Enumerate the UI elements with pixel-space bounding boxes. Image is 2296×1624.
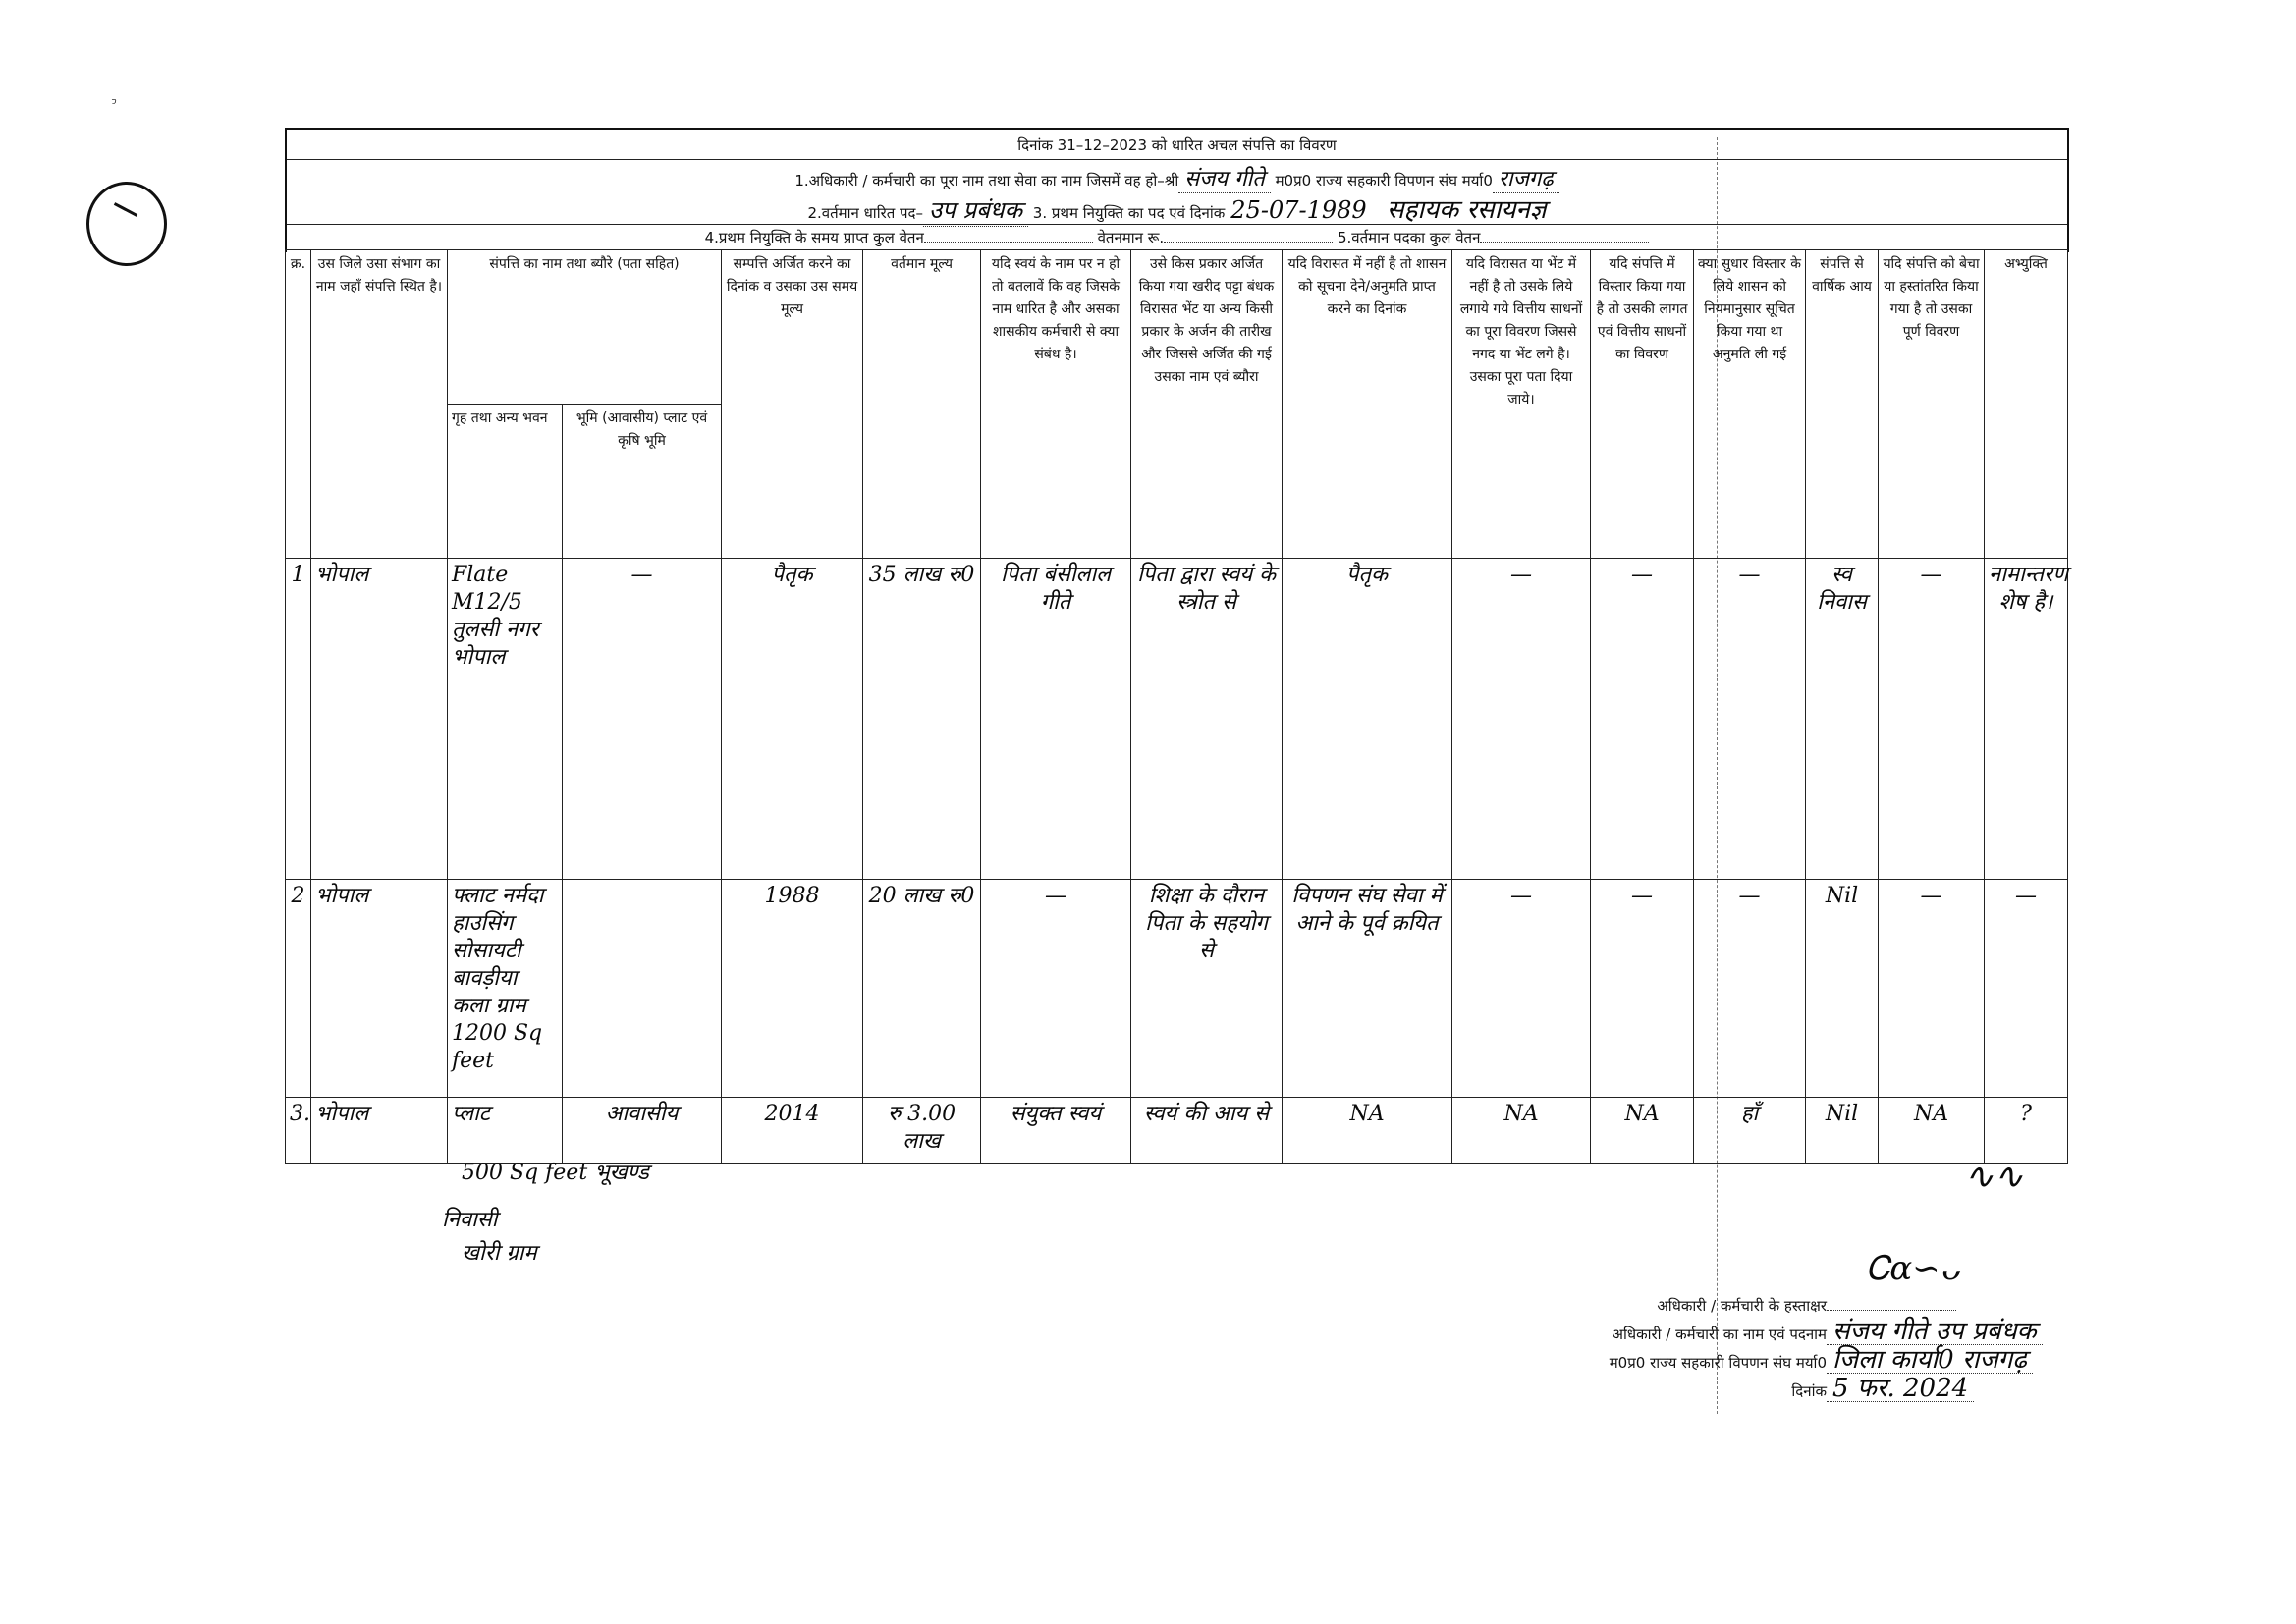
pay-scale-label: वेतनमान रू. (1098, 229, 1165, 246)
cell-holder-relation: — (981, 880, 1131, 1098)
cell-how-acquired: पिता द्वारा स्वयं के स्त्रोत से (1131, 559, 1283, 880)
cell-current-value: 35 लाख रु0 (863, 559, 981, 880)
col-annual-income: संपत्ति से वार्षिक आय (1806, 250, 1879, 559)
col-land: भूमि (आवासीय) प्लाट एवं कृषि भूमि (563, 405, 722, 559)
cell-district: भोपाल (311, 880, 448, 1098)
cell-district: भोपाल (311, 1098, 448, 1164)
current-post-value: उप प्रबंधक (923, 193, 1028, 227)
current-salary-label: 5.वर्तमान पदका कुल वेतन (1338, 229, 1480, 246)
date-row: दिनांक5 फर. 2024 (1561, 1376, 2043, 1404)
cell-intimation-date: विपणन संघ सेवा में आने के पूर्व क्रयित (1283, 880, 1452, 1098)
first-appointment-label: 3. प्रथम नियुक्ति का पद एवं दिनांक (1033, 204, 1226, 222)
cell-serial: 3. (286, 1098, 311, 1164)
cell-expansion-cost: — (1591, 559, 1694, 880)
org-sign-label: म0प्र0 राज्य सहकारी विपणन संघ मर्या0 (1561, 1350, 1827, 1376)
cell-permission: — (1694, 880, 1806, 1098)
cell-house: Flate M12/5 तुलसी नगर भोपाल (448, 559, 563, 880)
cell-house: फ्लाट नर्मदा हाउसिंग सोसायटी बावड़ीया कल… (448, 880, 563, 1098)
post-line: 2.वर्तमान धारित पद–उप प्रबंधक 3. प्रथम न… (287, 190, 2067, 227)
cell-annual-income: स्व निवास (1806, 559, 1879, 880)
col-house: गृह तथा अन्य भवन (448, 405, 563, 559)
cell-house: प्लाट (448, 1098, 563, 1164)
col-remarks: अभ्युक्ति (1985, 250, 2068, 559)
table-row: 2भोपालफ्लाट नर्मदा हाउसिंग सोसायटी बावड़… (286, 880, 2068, 1098)
cell-land (563, 880, 722, 1098)
circled-page-number (86, 182, 167, 266)
salary-line: 4.प्रथम नियुक्ति के समय प्राप्त कुल वेतन… (287, 228, 2067, 247)
cell-financial-sources: — (1452, 559, 1591, 880)
org-sign-value: जिला कार्या0 राजगढ़ (1827, 1347, 2033, 1374)
cell-current-value: 20 लाख रु0 (863, 880, 981, 1098)
cell-permission: हाँ (1694, 1098, 1806, 1164)
cell-district: भोपाल (311, 559, 448, 880)
col-how-acquired: उसे किस प्रकार अर्जित किया गया खरीद पट्ट… (1131, 250, 1283, 559)
cell-sold-details: — (1879, 880, 1985, 1098)
first-salary-label: 4.प्रथम नियुक्ति के समय प्राप्त कुल वेतन (705, 229, 924, 246)
cell-serial: 1 (286, 559, 311, 880)
row3-continuation-1: 500 Sq feet भूखण्ड (462, 1159, 649, 1188)
col-property-details: संपत्ति का नाम तथा ब्यौरे (पता सहित) (448, 250, 722, 405)
cell-land: — (563, 559, 722, 880)
cell-annual-income: Nil (1806, 1098, 1879, 1164)
name-value: संजय गीते उप प्रबंधक (1827, 1319, 2043, 1345)
col-expansion-cost: यदि संपत्ति में विस्तार किया गया है तो उ… (1591, 250, 1694, 559)
date-label: दिनांक (1561, 1379, 1827, 1404)
cell-acquired: 1988 (722, 880, 863, 1098)
sign-row: अधिकारी / कर्मचारी के हस्ताक्षर (1561, 1293, 2043, 1319)
initials-scribble: ∿∿ (1964, 1157, 2023, 1197)
cell-annual-income: Nil (1806, 880, 1879, 1098)
signature-scribble: Ꮯɑ∽ᴗ (1866, 1249, 1960, 1288)
first-appointment-post: सहायक रसायनज्ञ (1387, 195, 1547, 225)
cell-intimation-date: NA (1283, 1098, 1452, 1164)
cell-how-acquired: स्वयं की आय से (1131, 1098, 1283, 1164)
date-value: 5 फर. 2024 (1827, 1376, 1974, 1402)
cell-how-acquired: शिक्षा के दौरान पिता के सहयोग से (1131, 880, 1283, 1098)
signature-block: Ꮯɑ∽ᴗ अधिकारी / कर्मचारी के हस्ताक्षर अधि… (1561, 1262, 2043, 1404)
name-row: अधिकारी / कर्मचारी का नाम एवं पदनामसंजय … (1561, 1319, 2043, 1347)
cell-sold-details: NA (1879, 1098, 1985, 1164)
cell-intimation-date: पैतृक (1283, 559, 1452, 880)
cell-acquired: 2014 (722, 1098, 863, 1164)
cell-remarks: — (1985, 880, 2068, 1098)
first-appointment-date: 25-07-1989 (1225, 196, 1372, 225)
cell-financial-sources: NA (1452, 1098, 1591, 1164)
table-row: 1भोपालFlate M12/5 तुलसी नगर भोपाल—पैतृक3… (286, 559, 2068, 880)
col-current-value: वर्तमान मूल्य (863, 250, 981, 559)
org-row: म0प्र0 राज्य सहकारी विपणन संघ मर्या0जिला… (1561, 1347, 2043, 1376)
current-post-label: 2.वर्तमान धारित पद– (807, 204, 923, 222)
form-header: दिनांक 31–12–2023 को धारित अचल संपत्ति क… (285, 128, 2069, 252)
form-title: दिनांक 31–12–2023 को धारित अचल संपत्ति क… (287, 135, 2067, 155)
cell-holder-relation: पिता बंसीलाल गीते (981, 559, 1131, 880)
table-row: 3.भोपालप्लाटआवासीय2014रु 3.00 लाखसंयुक्त… (286, 1098, 2068, 1164)
cell-land: आवासीय (563, 1098, 722, 1164)
col-permission: क्या सुधार विस्तार के लिये शासन को नियमा… (1694, 250, 1806, 559)
sign-label: अधिकारी / कर्मचारी के हस्ताक्षर (1561, 1293, 1827, 1319)
row3-continuation-3: खोरी ग्राम (462, 1239, 537, 1269)
col-holder-relation: यदि स्वयं के नाम पर न हो तो बतलावें कि व… (981, 250, 1131, 559)
header-row: क्र. उस जिले उसा संभाग का नाम जहॉं संपत्… (286, 250, 2068, 405)
row3-continuation-2: निवासी (442, 1206, 497, 1235)
name-label: अधिकारी / कर्मचारी का नाम एवं पदनाम (1561, 1322, 1827, 1347)
cell-holder-relation: संयुक्त स्वयं (981, 1098, 1131, 1164)
cell-permission: — (1694, 559, 1806, 880)
col-sold-details: यदि संपत्ति को बेचा या हस्तांतरित किया ग… (1879, 250, 1985, 559)
cell-acquired: पैतृक (722, 559, 863, 880)
col-intimation-date: यदि विरासत में नहीं है तो शासन को सूचना … (1283, 250, 1452, 559)
cell-expansion-cost: — (1591, 880, 1694, 1098)
employee-name-label: 1.अधिकारी / कर्मचारी का पूरा नाम तथा सेव… (794, 172, 1178, 189)
org-label: म0प्र0 राज्य सहकारी विपणन संघ मर्या0 (1276, 172, 1493, 189)
col-financial-sources: यदि विरासत या भेंट में नहीं है तो उसके ल… (1452, 250, 1591, 559)
cell-financial-sources: — (1452, 880, 1591, 1098)
col-acquired-date: सम्पत्ति अर्जित करने का दिनांक व उसका उस… (722, 250, 863, 559)
cell-expansion-cost: NA (1591, 1098, 1694, 1164)
cell-serial: 2 (286, 880, 311, 1098)
col-serial: क्र. (286, 250, 311, 559)
cell-remarks: नामान्तरण शेष है। (1985, 559, 2068, 880)
cell-sold-details: — (1879, 559, 1985, 880)
property-table: क्र. उस जिले उसा संभाग का नाम जहॉं संपत्… (285, 249, 2068, 1164)
cell-current-value: रु 3.00 लाख (863, 1098, 981, 1164)
cell-remarks: ? (1985, 1098, 2068, 1164)
col-district: उस जिले उसा संभाग का नाम जहॉं संपत्ति स्… (311, 250, 448, 559)
